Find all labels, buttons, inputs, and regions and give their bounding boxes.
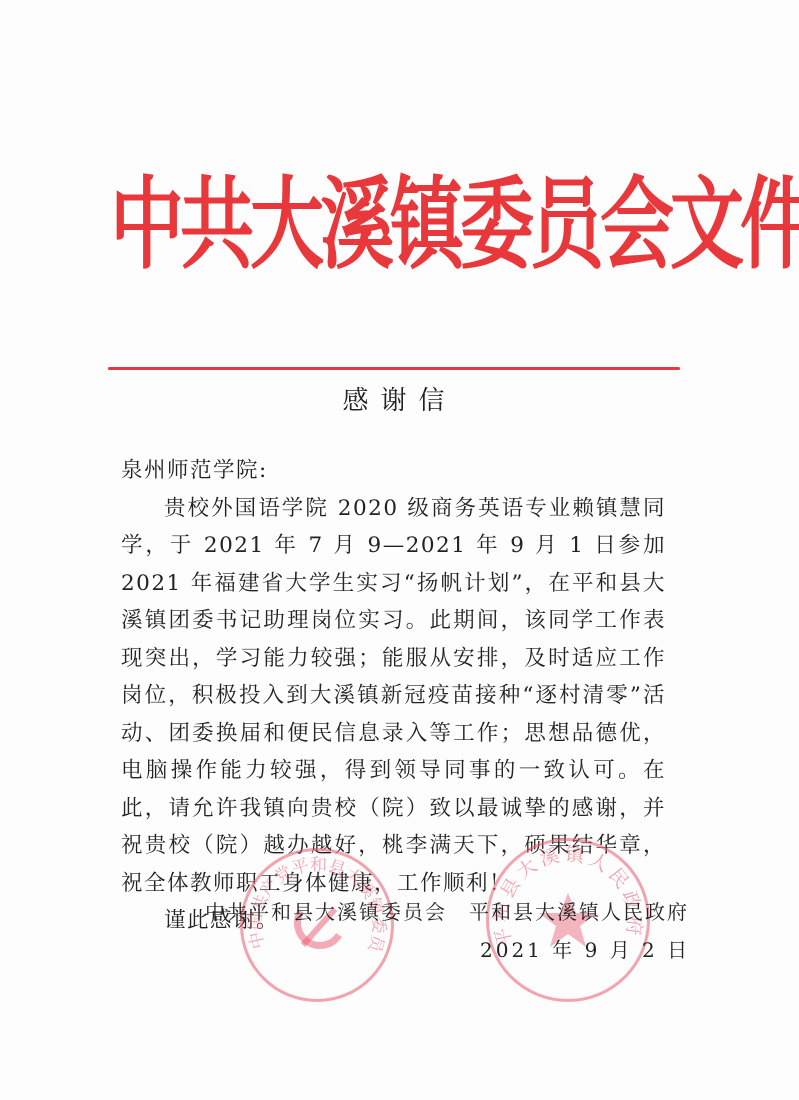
party-committee-seal: 中国共产党平和县大溪镇委员会 xyxy=(240,848,394,1002)
document-header-title: 中共大溪镇委员会文件 xyxy=(110,137,690,313)
signers-line: 中共平和县大溪镇委员会平和县大溪镇人民政府 xyxy=(205,896,665,925)
signer-party-committee: 中共平和县大溪镇委员会 xyxy=(205,900,447,924)
hammer-sickle-icon: 中国共产党平和县大溪镇委员会 xyxy=(243,851,391,999)
salutation: 泉州师范学院: xyxy=(121,452,666,490)
signer-town-government: 平和县大溪镇人民政府 xyxy=(469,900,689,924)
document-page: 中共大溪镇委员会文件 感谢信 泉州师范学院: 贵校外国语学院 2020 级商务英… xyxy=(0,0,799,1100)
signing-date: 2021 年 9 月 2 日 xyxy=(480,934,690,963)
red-divider-rule xyxy=(108,367,680,370)
letter-title: 感谢信 xyxy=(0,380,799,417)
